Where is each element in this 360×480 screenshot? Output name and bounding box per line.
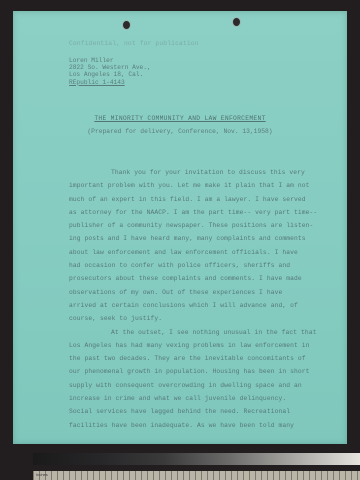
body-line: arrived at certain conclusions which I w… xyxy=(69,299,339,312)
body-line: facilities have been inadequate. As we h… xyxy=(69,419,339,432)
body-line: ing posts and I have heard many, many co… xyxy=(69,232,339,245)
body-line: as attorney for the NAACP. I am the part… xyxy=(69,206,339,219)
body-line: our phenomenal growth in population. Hou… xyxy=(69,365,339,378)
measurement-ruler xyxy=(33,471,360,480)
body-line: Social services have lagged behind the n… xyxy=(69,405,339,418)
body-line: had occasion to confer with police offic… xyxy=(69,259,339,272)
body-line: important problem with you. Let me make … xyxy=(69,179,339,192)
body-line: publisher of a community newspaper. Thes… xyxy=(69,219,339,232)
body-line: much of an expert in this field. I am a … xyxy=(69,193,339,206)
body-line: Thank you for your invitation to discuss… xyxy=(69,166,339,179)
sender-name: Loren Miller xyxy=(69,57,151,64)
sender-street: 2822 So. Western Ave., xyxy=(69,64,151,71)
body-line: about law enforcement and law enforcemen… xyxy=(69,246,339,259)
faint-header-text: Confidential, not for publication xyxy=(69,41,199,47)
document-title: THE MINORITY COMMUNITY AND LAW ENFORCEME… xyxy=(13,115,347,122)
body-line: supply with consequent overcrowding in d… xyxy=(69,379,339,392)
sender-city: Los Angeles 18, Cal. xyxy=(69,71,151,78)
body-line: observations of my own. Out of these exp… xyxy=(69,286,339,299)
body-line: prosecutors about these complaints and c… xyxy=(69,272,339,285)
grayscale-calibration-strip xyxy=(33,453,360,465)
punch-hole-right xyxy=(232,17,241,27)
body-line: increase in crime and what we call juven… xyxy=(69,392,339,405)
document-subtitle: (Prepared for delivery, Conference, Nov.… xyxy=(13,128,347,135)
body-line: the past two decades. They are the inevi… xyxy=(69,352,339,365)
body-line: course, seek to justify. xyxy=(69,312,339,325)
document-body: Thank you for your invitation to discuss… xyxy=(69,166,339,432)
sender-phone: REpublic 1-4143 xyxy=(69,79,151,86)
body-line: Los Angeles has had many vexing problems… xyxy=(69,339,339,352)
ruler-label: Inches xyxy=(36,472,48,477)
sender-address-block: Loren Miller 2822 So. Western Ave., Los … xyxy=(69,57,151,86)
document-page: Confidential, not for publication Loren … xyxy=(13,11,347,444)
punch-hole-left xyxy=(122,20,131,30)
body-line: At the outset, I see nothing unusual in … xyxy=(69,326,339,339)
